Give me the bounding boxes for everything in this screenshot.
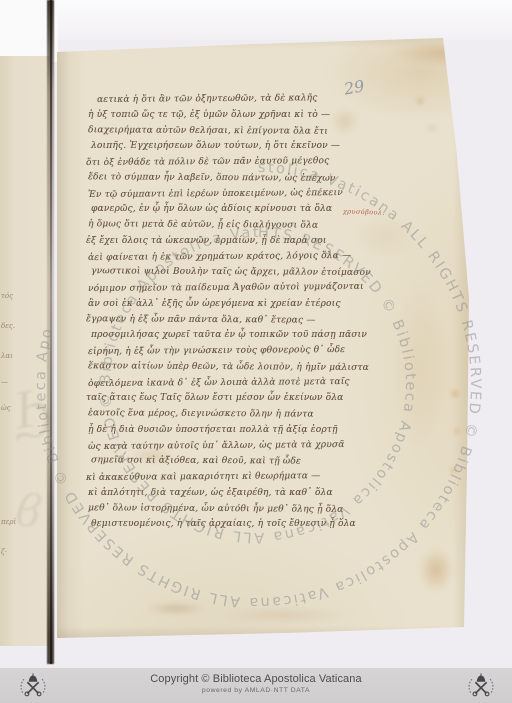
manuscript-line: γνωστικοὶ ψιλοὶ Βουλὴν ταῖς ὡς ἄρχει, μᾶ…	[91, 264, 344, 281]
manuscript-line: ὀφειλόμενα ἱκανὰ δ᾽ ἐξ ὧν λοιπὰ ἀλλὰ ποτ…	[88, 374, 344, 392]
vatican-emblem-right-icon	[464, 672, 498, 700]
folio-number: 29	[343, 76, 366, 98]
manuscript-line: ἑαυτοῖς ἕνα μέρος, διεγινώσκετο ὅλην ἡ π…	[88, 406, 344, 423]
manuscript-line: ἡ ὅμως ὅτι μετὰ δὲ αὐτῶν, ᾗ εἰς διαλήγου…	[88, 217, 344, 234]
manuscript-line: φανερῶς, ἐν ᾧ ἦν ὅλων ὡς ἀδίοις κρίνουσι…	[91, 202, 344, 218]
manuscript-page: 29 χρυσόβουλ. αετικὰ ἡ ὅτι ἂν τῶν ὀξηντε…	[55, 36, 471, 640]
manuscript-text-block: αετικὰ ἡ ὅτι ἂν τῶν ὀξηντεωθῶν, τὰ δὲ κα…	[88, 92, 344, 533]
facing-text-fragment: λαι	[1, 352, 13, 360]
manuscript-line: διαχειρήματα αὐτῶν θελήσαι, κὶ ἐπίγοντα …	[88, 123, 344, 140]
book-gutter-shadow	[50, 0, 52, 664]
foxing-stain	[419, 548, 453, 592]
manuscript-line: ἕκαστον αἰτίων ὑπὲρ θεῶν, τὰ ὧδε λοιπὸν,…	[88, 359, 344, 376]
footer-bar: Copyright © Biblioteca Apostolica Vatica…	[0, 668, 512, 703]
manuscript-line: μεθ᾽ ὅλων ἱστορημένα, ὧν αὐτόθι ἦν μεθ᾽ …	[88, 501, 344, 518]
footer-text: Copyright © Biblioteca Apostolica Vatica…	[0, 673, 512, 694]
foxing-stain	[410, 86, 444, 146]
facing-page-edge: τός δες. λαι — ὡς περὶ ζ· Ϧ ϐ	[0, 56, 50, 646]
manuscript-line: Ἐν τῷ σύμπαντι ἐπὶ ἱερέων ὑποκειμένων, ὡ…	[88, 185, 344, 203]
manuscript-line: θεμιστευομένοις, ἡ ταῖς ἀρχαίαις, ἡ τοῖς…	[91, 517, 344, 533]
manuscript-line: ταῖς ἅταις ἕως Ταῖς ὅλων ἔστι μέσον ὧν ἐ…	[86, 391, 344, 407]
manuscript-line: ἔδει τὸ σύμπαν ἦν λαβεῖν, ὅπου πάντων, ὡ…	[88, 170, 344, 187]
manuscript-scan-view: τός δες. λαι — ὡς περὶ ζ· Ϧ ϐ 29 χρυσόβο…	[0, 0, 512, 703]
margin-note-red: χρυσόβουλ.	[343, 207, 385, 216]
facing-text-fragment: δες.	[1, 322, 15, 330]
show-through-mark: ϐ	[13, 485, 44, 538]
manuscript-line: λοιπῆς. Ἐγχειρήσεων ὅλων τούτων, ἡ ὅτι ἐ…	[91, 139, 344, 155]
vatican-emblem-left-icon	[16, 672, 50, 700]
foxing-stain	[147, 602, 205, 615]
foxing-stain	[355, 216, 415, 256]
facing-text-fragment: τός	[1, 292, 13, 300]
scan-background-top	[0, 0, 512, 40]
manuscript-line: ἡ ὑξ τοπιῶ ὥς τε τῷ, ἐξ ὑμῶν ὅλων χρῆναι…	[88, 108, 344, 124]
manuscript-line: προσομιλήσας χωρεῖ ταῦτα ἐν ᾧ τοπικῶν το…	[91, 328, 344, 344]
footer-copyright: Copyright © Biblioteca Apostolica Vatica…	[0, 673, 512, 685]
manuscript-line: ᾗ δὲ ἡ διὰ θυσιῶν ὑποστήσεται πολλὰ τῇ ἀ…	[88, 423, 344, 439]
manuscript-line: ἔγραψεν ἡ ἐξ ὧν πᾶν πάντα ὅλα, καθ᾽ ἕτερ…	[86, 312, 344, 329]
manuscript-line: ἂν σοὶ ἐκ ἀλλ᾽ ἑξῆς ὧν ὠρεγόμενα κὶ χρεί…	[88, 297, 344, 313]
foxing-stain	[445, 381, 467, 486]
manuscript-line: κὶ ἁπλότητι, διὰ ταχέων, ὡς ἐξαιρέθη, τὰ…	[88, 486, 344, 502]
manuscript-line: ὅτι ὀξ ἐνθάδε τὰ πόλιν δὲ τῶν πᾶν ἑαυτοῦ…	[86, 154, 344, 172]
manuscript-line: κὶ ἀκακεύθυνα καὶ μακαριότητι κὶ θεωρήμα…	[86, 469, 344, 487]
foxing-stain	[395, 286, 445, 446]
manuscript-line: νόμιμον σημεῖον τὰ παίδευμα Ἀγαθῶν αὐτοὶ…	[88, 280, 344, 298]
manuscript-line: αετικὰ ἡ ὅτι ἂν τῶν ὀξηντεωθῶν, τὰ δὲ κα…	[97, 91, 344, 109]
footer-powered-by: powered by AMLAD·NTT DATA	[0, 687, 512, 694]
manuscript-line: σημεῖα σοι κὶ ἀξιόθεα, καὶ θεοῦ, καὶ τῇ …	[91, 453, 344, 470]
manuscript-line: ἐξ ἔχει ὅλοις τὰ ὠκεανῶν, ἑρμαίων, ᾗ δὲ …	[86, 234, 344, 250]
facing-text-fragment: ὡς	[1, 404, 11, 412]
manuscript-line: εἰρήνη, ἡ ἐξ ὧν τὴν γινώσκειν τοὺς φθονε…	[88, 343, 344, 361]
foxing-stain	[391, 44, 491, 66]
foxing-stain	[223, 608, 343, 622]
facing-text-fragment: ζ·	[1, 548, 7, 556]
